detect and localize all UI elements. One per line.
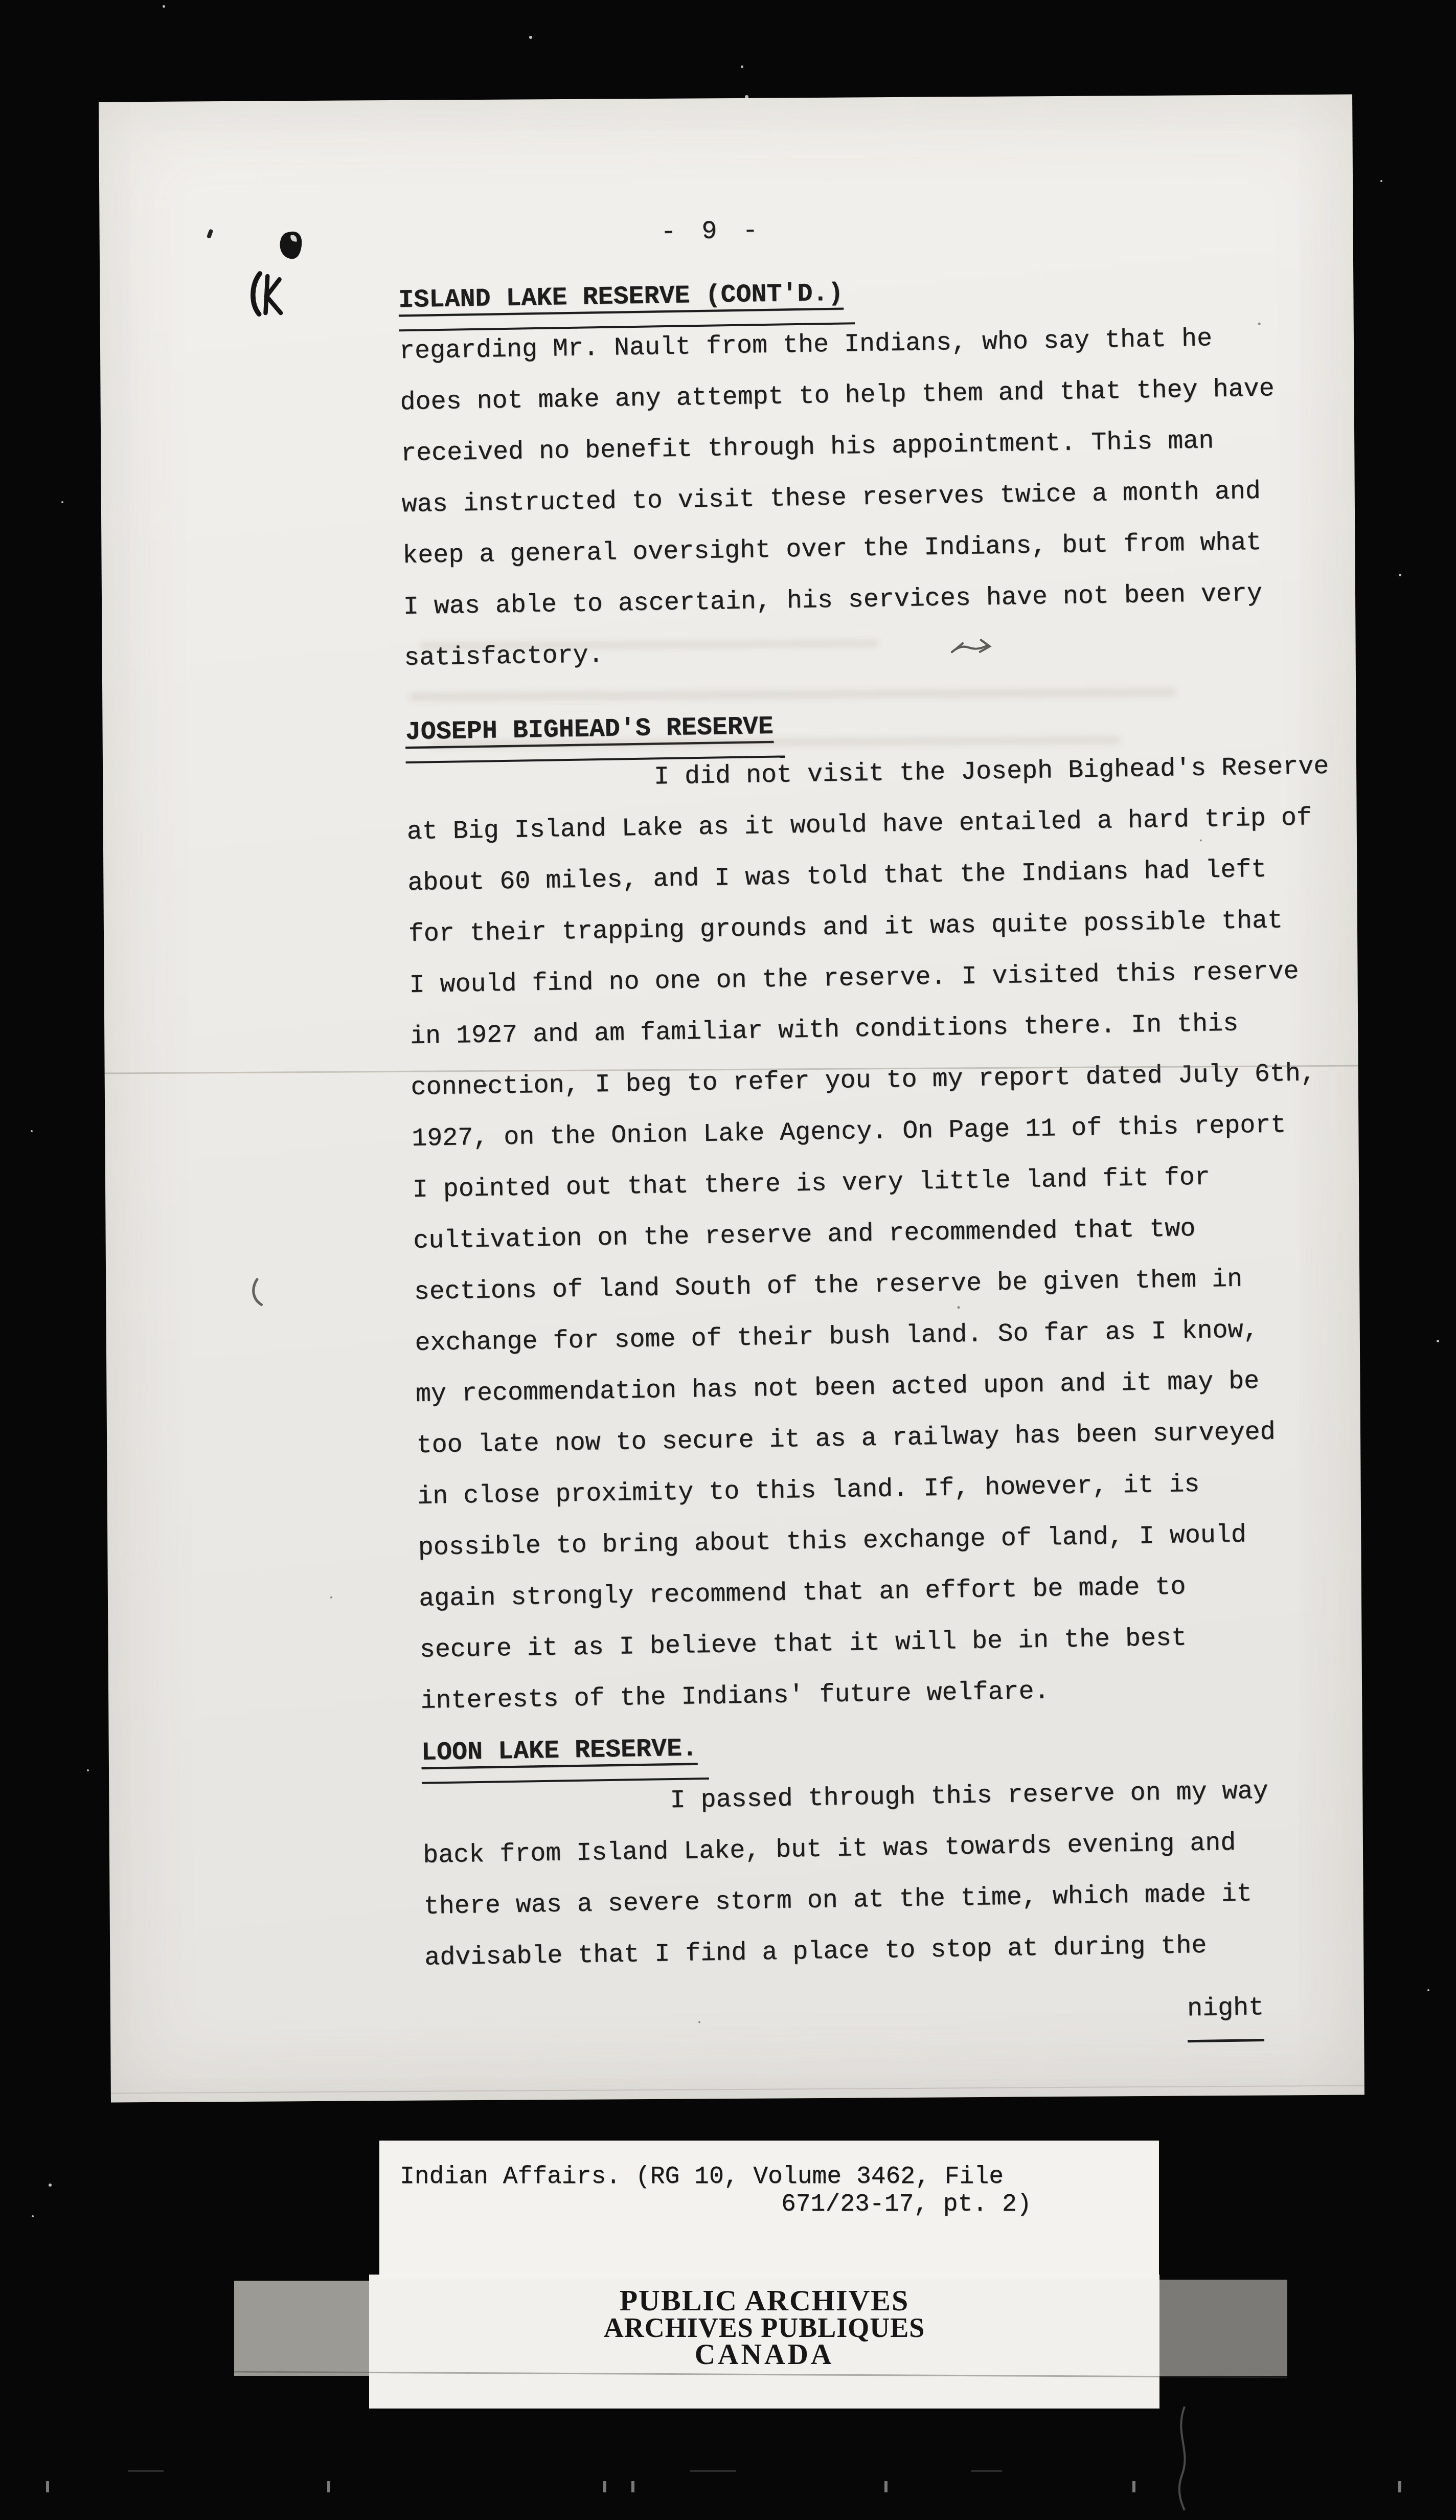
paper-speck [957, 1306, 960, 1309]
stamp-line-archives-publiques: ARCHIVES PUBLIQUES [369, 2314, 1159, 2341]
film-dust-speck [87, 1769, 89, 1771]
paper-speck [698, 2021, 700, 2023]
catchword: night [1187, 1983, 1264, 2042]
film-frame-tick [46, 2481, 49, 2492]
section-heading-loon-lake: LOON LAKE RESERVE. [421, 1723, 709, 1784]
ink-bracket-mark [244, 271, 289, 317]
paragraph-joseph-bighead: I did not visit the Joseph Bighead's Res… [405, 741, 1344, 1727]
document-page: - 9 - ISLAND LAKE RESERVE (CONT'D.) rega… [99, 95, 1364, 2103]
pencil-arrow-mark [948, 635, 1008, 665]
ink-blot-mark [272, 230, 309, 262]
film-frame-tick [884, 2481, 888, 2492]
film-dust-speck [32, 2215, 34, 2217]
paragraph-island-lake: regarding Mr. Nault from the Indians, wh… [399, 312, 1279, 684]
paragraph-loon-lake: I passed through this reserve on my wayb… [422, 1766, 1271, 1984]
film-dust-speck [163, 5, 165, 8]
film-dust-speck [1380, 180, 1382, 182]
film-frame-dash [128, 2470, 164, 2472]
film-frame-tick [603, 2481, 606, 2492]
film-dust-speck [1427, 1989, 1429, 1991]
stamp-line-public-archives: PUBLIC ARCHIVES [369, 2287, 1159, 2314]
caption-line-2: 671/23-17, pt. 2) [781, 2191, 1159, 2218]
film-frame-tick [327, 2481, 330, 2492]
film-frame-tick [1398, 2481, 1401, 2492]
film-card-edge-left [234, 2281, 370, 2376]
film-card-edge-right [1158, 2280, 1287, 2376]
film-dust-speck [31, 1130, 33, 1132]
paper-speck [1258, 323, 1261, 325]
film-dust-speck [49, 2184, 52, 2187]
film-dust-speck [1399, 574, 1401, 576]
film-frame-dash [690, 2470, 736, 2472]
paper-speck [486, 1084, 488, 1086]
film-frame-tick [1132, 2481, 1135, 2492]
caption-line-1: Indian Affairs. (RG 10, Volume 3462, Fil… [400, 2163, 1159, 2191]
paper-speck [330, 1596, 332, 1599]
paper-speck [1200, 839, 1202, 841]
archives-stamp-card: PUBLIC ARCHIVES ARCHIVES PUBLIQUES CANAD… [369, 2275, 1159, 2409]
pencil-curve-mark [242, 1276, 266, 1308]
page-number: - 9 - [661, 206, 764, 258]
film-frame-dash [971, 2470, 1002, 2472]
film-frame-tick [631, 2481, 634, 2492]
film-dust-speck [1437, 1340, 1439, 1342]
stamp-line-canada: CANADA [369, 2341, 1159, 2369]
film-dust-speck [61, 501, 63, 503]
film-dust-speck [529, 36, 532, 39]
film-dust-speck [745, 95, 748, 99]
reference-caption-card: Indian Affairs. (RG 10, Volume 3462, Fil… [379, 2141, 1159, 2279]
typewritten-text-layer: - 9 - ISLAND LAKE RESERVE (CONT'D.) rega… [96, 84, 1381, 2104]
film-dust-speck [741, 65, 743, 68]
film-scratch-squiggle [1168, 2403, 1201, 2513]
microfilm-frame: { "document": { "page_number": "- 9 -", … [0, 0, 1456, 2520]
